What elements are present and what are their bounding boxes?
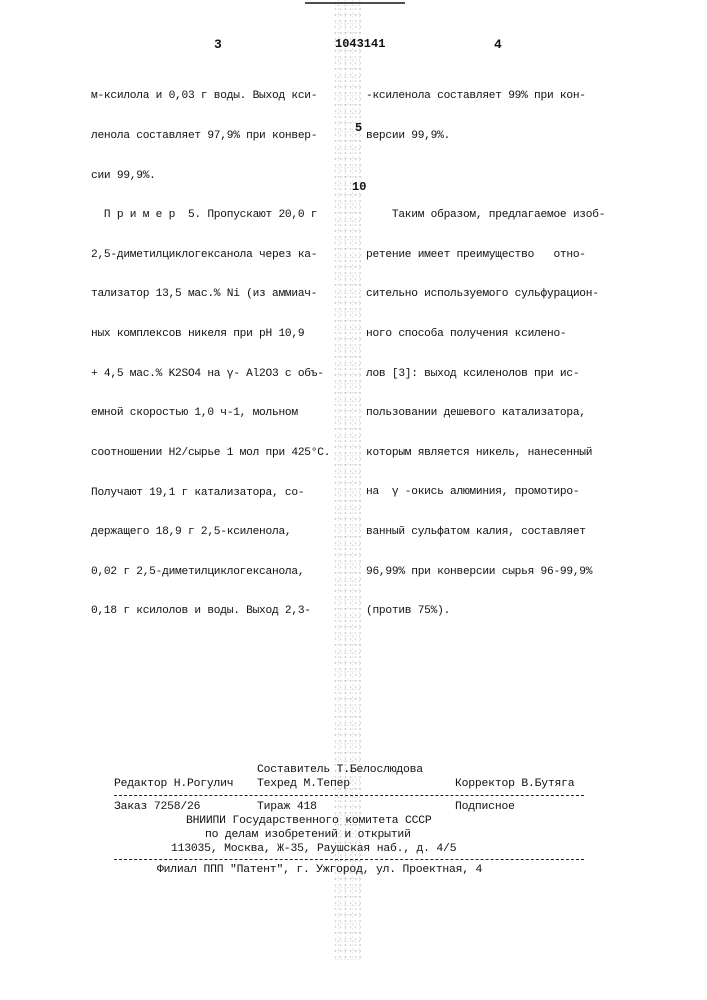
text-line: ретение имеет преимущество отно- [366,249,605,262]
patent-number: 1043141 [335,37,385,51]
text-line: Получают 19,1 г катализатора, со- [91,487,330,500]
compiler-credit: Составитель Т.Белослюдова [257,764,423,776]
text-line: сительно используемого сульфурацион- [366,288,605,301]
text-line: ных комплексов никеля при pH 10,9 [91,328,330,341]
text-line: П р и м е р 5. Пропускают 20,0 г [91,209,330,222]
text-line: тализатор 13,5 мас.% Ni (из аммиач- [91,288,330,301]
text-line: -ксиленола составляет 99% при кон- [366,90,605,103]
organization-line-1: ВНИИПИ Государственного комитета СССР [186,815,432,827]
text-line [366,170,605,183]
page-number-right: 4 [494,37,502,52]
text-line: ного способа получения ксилено- [366,328,605,341]
page-number-left: 3 [214,37,222,52]
text-line: пользовании дешевого катализатора, [366,407,605,420]
text-line: 96,99% при конверсии сырья 96-99,9% [366,566,605,579]
text-line: соотношении H2/сырье 1 мол при 425°С. [91,447,330,460]
line-number-10: 10 [352,180,366,194]
editor-credit: Редактор Н.Рогулич [114,778,233,790]
text-line: лов [3]: выход ксиленолов при ис- [366,368,605,381]
text-line: 0,02 г 2,5-диметилциклогексанола, [91,566,330,579]
text-line: версии 99,9%. [366,130,605,143]
text-line: на γ -окись алюминия, промотиро- [366,486,605,499]
divider-dashed [114,859,584,860]
text-line: + 4,5 мас.% K2SO4 на γ- Al2O3 с объ- [91,368,330,381]
techred-credit: Техред М.Тепер [257,778,350,790]
organization-address: 113035, Москва, Ж-35, Раушская наб., д. … [171,843,456,855]
line-number-5: 5 [355,121,362,135]
text-line: 2,5-диметилциклогексанола через ка- [91,249,330,262]
text-line: сии 99,9%. [91,170,330,183]
text-line: которым является никель, нанесенный [366,447,605,460]
text-line: 0,18 г ксилолов и воды. Выход 2,3- [91,605,330,618]
right-column-text: -ксиленола составляет 99% при кон- верси… [366,64,605,632]
text-line: ленола составляет 97,9% при конвер- [91,130,330,143]
text-line: Таким образом, предлагаемое изоб- [366,209,605,222]
organization-line-2: по делам изобретений и открытий [205,829,411,841]
corrector-credit: Корректор В.Бутяга [455,778,574,790]
text-line: м-ксилола и 0,03 г воды. Выход кси- [91,90,330,103]
divider-dashed [114,795,584,796]
subscription-note: Подписное [455,801,515,813]
text-line: ванный сульфатом калия, составляет [366,526,605,539]
text-line: (против 75%). [366,605,605,618]
text-line: емной скоростью 1,0 ч-1, мольном [91,407,330,420]
circulation: Тираж 418 [257,801,317,813]
scan-top-edge [305,2,405,4]
text-line: держащего 18,9 г 2,5-ксиленола, [91,526,330,539]
order-number: Заказ 7258/26 [114,801,200,813]
left-column-text: м-ксилола и 0,03 г воды. Выход кси- лено… [91,64,330,632]
branch-address: Филиал ППП "Патент", г. Ужгород, ул. Про… [157,864,482,876]
